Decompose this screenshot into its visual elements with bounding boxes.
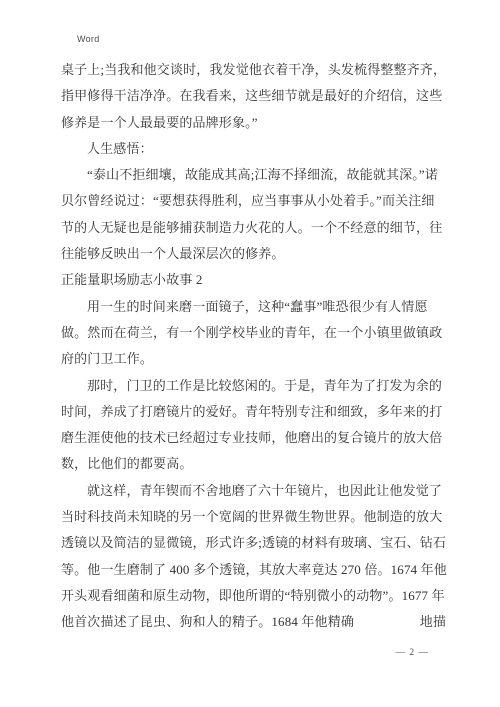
text-line: “泰山不拒细壤，故能成其高;江海不择细流，故能就其深。”诺 (61, 162, 453, 188)
text-line: 那时，门卫的工作是比较悠闲的。于是，青年为了打发为余的 (61, 373, 453, 399)
text-line: 节的人无疑也是能够捕获制造力火花的人。一个不经意的细节，往 (61, 215, 453, 241)
text-line: 指甲修得干洁净净。在我看来，这些细节就是最好的介绍信，这些 (61, 83, 453, 109)
page-number: — 2 — (396, 648, 430, 658)
text-line: 数，比他们的都要高。 (61, 451, 453, 477)
text-line: 人生感悟： (61, 136, 453, 162)
text-line: 就这样，青年锲而不舍地磨了六十年镜片，也因此让他发觉了 (61, 478, 453, 504)
text-line: 等。他一生磨制了 400 多个透镜，其放大率竟达 270 倍。1674 年他 (61, 557, 453, 583)
text-line: 桌子上;当我和他交谈时，我发觉他衣着干净，头发梳得整整齐齐， (61, 57, 453, 83)
text-line: 当时科技尚未知晓的另一个宽阔的世界微生物世界。他制造的放大 (61, 504, 453, 530)
document-page: Word 桌子上;当我和他交谈时，我发觉他衣着干净，头发梳得整整齐齐，指甲修得干… (0, 0, 500, 707)
text-line: 做。然而在荷兰，有一个刚学校毕业的青年，在一个小镇里做镇政 (61, 320, 453, 346)
text-line: 透镜以及简洁的显微镜，形式许多;透镜的材料有玻璃、宝石、钻石 (61, 530, 453, 556)
text-line: 他首次描述了昆虫、狗和人的精子。1684 年他精确 地描 (61, 609, 453, 635)
app-label: Word (77, 34, 100, 44)
document-body: 桌子上;当我和他交谈时，我发觉他衣着干净，头发梳得整整齐齐，指甲修得干洁净净。在… (61, 57, 453, 636)
text-line: 往能够反映出一个人最深层次的修养。 (61, 241, 453, 267)
text-line: 用一生的时间来磨一面镜子，这种“蠢事”唯恐很少有人情愿 (61, 294, 453, 320)
text-line: 磨生涯使他的技术已经超过专业技师，他磨出的复合镜片的放大倍 (61, 425, 453, 451)
text-line: 贝尔曾经说过：“要想获得胜利，应当事事从小处着手。”而关注细 (61, 188, 453, 214)
text-line: 修养是一个人最最要的品牌形象。” (61, 110, 453, 136)
text-line: 府的门卫工作。 (61, 346, 453, 372)
text-line: 时间，养成了打磨镜片的爱好。青年特别专注和细致，多年来的打 (61, 399, 453, 425)
text-line: 正能量职场励志小故事 2 (61, 267, 453, 293)
text-line: 开头观看细菌和原生动物，即他所谓的“特别微小的动物”。1677 年 (61, 583, 453, 609)
